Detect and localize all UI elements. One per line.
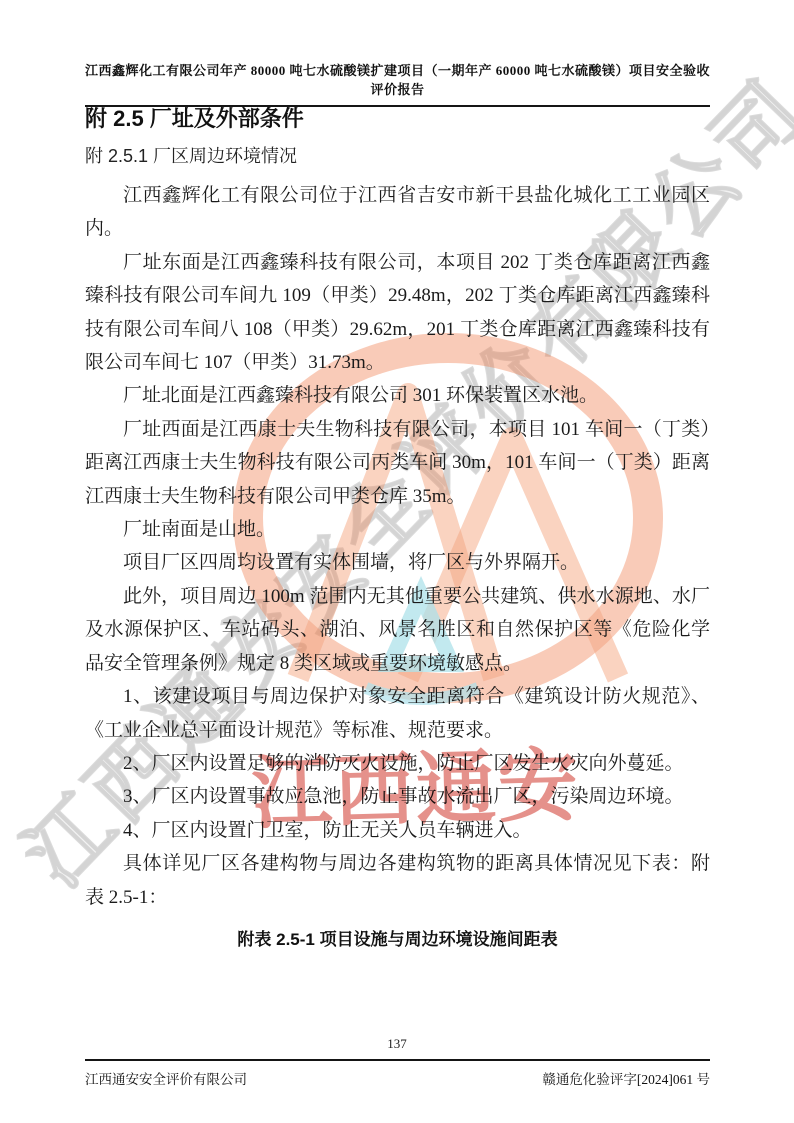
footer-doc-number: 赣通危化验评字[2024]061 号: [542, 1068, 710, 1088]
subsection-title: 附 2.5.1 厂区周边环境情况: [85, 143, 710, 169]
paragraph: 江西鑫辉化工有限公司位于江西省吉安市新干县盐化城化工工业园区内。: [85, 179, 710, 246]
document-page: { "header": { "title": "江西鑫辉化工有限公司年产 800…: [0, 0, 794, 1123]
page-number: 137: [0, 1036, 794, 1052]
paragraph: 3、厂区内设置事故应急池，防止事故水流出厂区，污染周边环境。: [85, 780, 710, 813]
paragraph: 2、厂区内设置足够的消防灭火设施，防止厂区发生火灾向外蔓延。: [85, 747, 710, 780]
paragraph: 厂址西面是江西康士夫生物科技有限公司，本项目 101 车间一（丁类）距离江西康士…: [85, 413, 710, 513]
paragraph: 具体详见厂区各建构物与周边各建构筑物的距离具体情况见下表：附表 2.5-1：: [85, 847, 710, 914]
document-content: 江西鑫辉化工有限公司年产 80000 吨七水硫酸镁扩建项目（一期年产 60000…: [0, 0, 794, 1123]
paragraph: 4、厂区内设置门卫室，防止无关人员车辆进入。: [85, 814, 710, 847]
main-text-block: 附 2.5 厂址及外部条件 附 2.5.1 厂区周边环境情况 江西鑫辉化工有限公…: [85, 104, 710, 952]
table-caption: 附表 2.5-1 项目设施与周边环境设施间距表: [85, 928, 710, 952]
running-header: 江西鑫辉化工有限公司年产 80000 吨七水硫酸镁扩建项目（一期年产 60000…: [85, 60, 710, 107]
paragraph: 1、该建设项目与周边保护对象安全距离符合《建筑设计防火规范》、《工业企业总平面设…: [85, 680, 710, 747]
paragraph: 项目厂区四周均设置有实体围墙，将厂区与外界隔开。: [85, 546, 710, 579]
footer: 江西通安安全评价有限公司 赣通危化验评字[2024]061 号: [85, 1059, 710, 1088]
paragraph: 厂址北面是江西鑫臻科技有限公司 301 环保装置区水池。: [85, 379, 710, 412]
paragraph: 厂址东面是江西鑫臻科技有限公司，本项目 202 丁类仓库距离江西鑫臻科技有限公司…: [85, 246, 710, 380]
paragraph: 此外，项目周边 100m 范围内无其他重要公共建筑、供水水源地、水厂及水源保护区…: [85, 580, 710, 680]
footer-company: 江西通安安全评价有限公司: [85, 1068, 247, 1088]
section-title: 附 2.5 厂址及外部条件: [85, 104, 710, 134]
paragraph: 厂址南面是山地。: [85, 513, 710, 546]
